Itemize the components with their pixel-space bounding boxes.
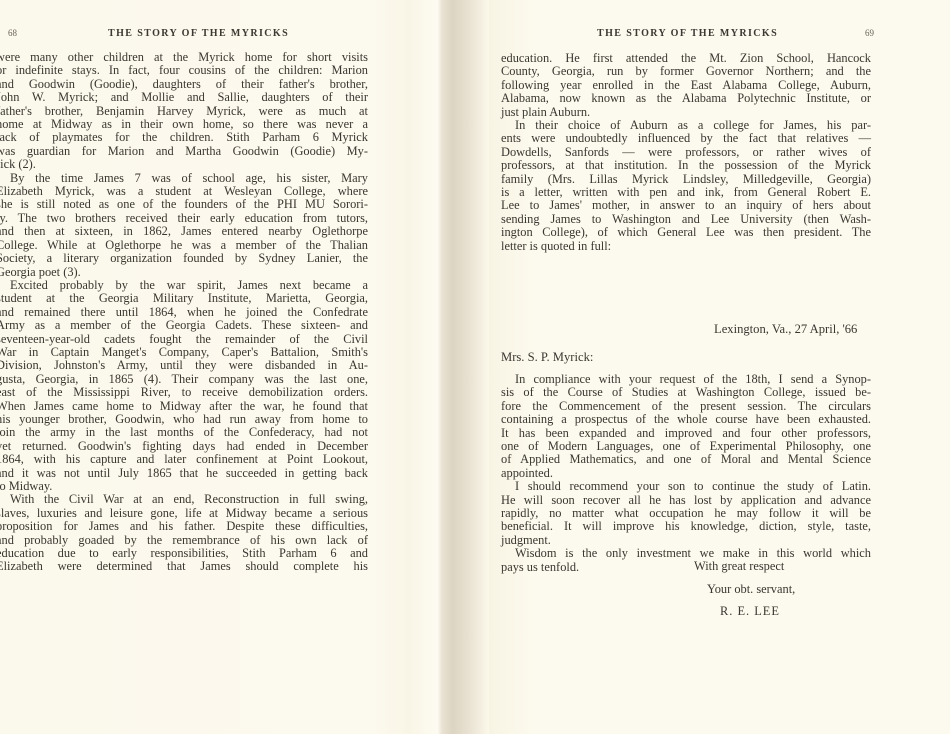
text-line: and then at sixteen, in 1862, James ente… <box>0 225 368 238</box>
text-line: and remained there until 1864, when he j… <box>0 306 368 319</box>
text-line: Elizabeth were determined that James sho… <box>0 560 368 573</box>
text-line: education. He first attended the Mt. Zio… <box>501 52 871 65</box>
text-line: He will soon recover all he has lost by … <box>501 494 871 507</box>
text-line: Division, Johnston's Army, until they we… <box>0 359 368 372</box>
text-line: one of Modern Languages, one of Experime… <box>501 440 871 453</box>
running-head: THE STORY OF THE MYRICKS <box>597 28 778 39</box>
letter-closing: With great respect <box>694 559 784 574</box>
left-page: 68 THE STORY OF THE MYRICKS were many ot… <box>0 0 440 734</box>
left-page-body: were many other children at the Myrick h… <box>0 51 368 574</box>
text-line: When James came home to Midway after the… <box>0 400 368 413</box>
text-line: family (Mrs. Lillas Myrick Lindsley, Mil… <box>501 173 871 186</box>
text-line: sending James to Washington and Lee Univ… <box>501 213 871 226</box>
text-line: appointed. <box>501 467 871 480</box>
text-line: rick (2). <box>0 158 368 171</box>
paragraph-start: Excited probably by the war spirit, Jame… <box>0 279 368 292</box>
page-number: 69 <box>865 28 874 38</box>
text-line: she is still noted as one of the founder… <box>0 198 368 211</box>
text-line: and it was not until July 1865 that he s… <box>0 467 368 480</box>
text-line: just plain Auburn. <box>501 106 871 119</box>
paragraph-start: In their choice of Auburn as a college f… <box>501 119 871 132</box>
paragraph-start: I should recommend your son to continue … <box>501 480 871 493</box>
text-line: lack of playmates for the children. Stit… <box>0 131 368 144</box>
text-line: gusta, Georgia, in 1865 (4). Their compa… <box>0 373 368 386</box>
text-line: Georgia poet (3). <box>0 266 368 279</box>
text-line: following year enrolled in the East Alab… <box>501 79 871 92</box>
text-line: Society, a literary organization founded… <box>0 252 368 265</box>
text-line: east of the Mississippi River, to receiv… <box>0 386 368 399</box>
text-line: War in Captain Manget's Company, Caper's… <box>0 346 368 359</box>
text-line: ents were undoubtedly influenced by the … <box>501 132 871 145</box>
paragraph-start: With the Civil War at an end, Reconstruc… <box>0 493 368 506</box>
text-line: seventeen-year-old cadets fought the rem… <box>0 333 368 346</box>
text-line: ington College), of which General Lee wa… <box>501 226 871 239</box>
text-line: Alabama, now known as the Alabama Polyte… <box>501 92 871 105</box>
letter-body: In compliance with your request of the 1… <box>501 373 871 574</box>
text-line: yet returned. Goodwin's fighting days ha… <box>0 440 368 453</box>
text-line: beneficial. It will improve his knowledg… <box>501 520 871 533</box>
letter-salutation: Mrs. S. P. Myrick: <box>501 350 593 365</box>
text-line: father's brother, Benjamin Harvey Myrick… <box>0 105 368 118</box>
text-line: 1864, with his capture and later confine… <box>0 453 368 466</box>
text-line: County, Georgia, run by former Governor … <box>501 65 871 78</box>
text-line: sis of the Course of Studies at Washingt… <box>501 386 871 399</box>
text-line: or indefinite stays. In fact, four cousi… <box>0 64 368 77</box>
text-line: Lee to James' mother, in answer to an in… <box>501 199 871 212</box>
text-line: was guardian for Marion and Martha Goodw… <box>0 145 368 158</box>
text-line: student at the Georgia Military Institut… <box>0 292 368 305</box>
text-line: his younger brother, Goodwin, who had ru… <box>0 413 368 426</box>
text-line: judgment. <box>501 534 871 547</box>
text-line: Army as a member of the Georgia Cadets. … <box>0 319 368 332</box>
text-line: College. While at Oglethorpe he was a me… <box>0 239 368 252</box>
right-page: THE STORY OF THE MYRICKS 69 education. H… <box>489 0 950 734</box>
text-line: slaves, luxuries and leisure gone, life … <box>0 507 368 520</box>
letter-dateline: Lexington, Va., 27 April, '66 <box>714 322 857 337</box>
text-line: join the army in the last months of the … <box>0 426 368 439</box>
text-line: rapidly, no matter what occupation he ma… <box>501 507 871 520</box>
text-line: and Goodwin (Goodie), daughters of their… <box>0 78 368 91</box>
text-line: John W. Myrick; and Mollie and Sallie, d… <box>0 91 368 104</box>
page-number: 68 <box>8 28 17 38</box>
text-line: fore the Commencement of the present ses… <box>501 400 871 413</box>
text-line: containing a prospectus of the whole cou… <box>501 413 871 426</box>
book-spread: 68 THE STORY OF THE MYRICKS were many ot… <box>0 0 950 734</box>
text-line: professors, at that institution. In the … <box>501 159 871 172</box>
text-line: Elizabeth Myrick, was a student at Wesle… <box>0 185 368 198</box>
text-line: Dowdells, Sanfords — were professors, or… <box>501 146 871 159</box>
running-head: THE STORY OF THE MYRICKS <box>108 28 289 39</box>
paragraph-start: By the time James 7 was of school age, h… <box>0 172 368 185</box>
text-line: pays us tenfold. <box>501 561 871 574</box>
text-line: were many other children at the Myrick h… <box>0 51 368 64</box>
letter-closing-servant: Your obt. servant, <box>707 582 795 597</box>
paragraph-start: Wisdom is the only investment we make in… <box>501 547 871 560</box>
text-line: of Applied Mathematics, and one of Moral… <box>501 453 871 466</box>
paragraph-start: In compliance with your request of the 1… <box>501 373 871 386</box>
text-line: letter is quoted in full: <box>501 240 871 253</box>
text-line: It has been expanded and improved and fo… <box>501 427 871 440</box>
text-line: to Midway. <box>0 480 368 493</box>
text-line: ty. The two brothers received their earl… <box>0 212 368 225</box>
text-line: is a letter, written with pen and ink, f… <box>501 186 871 199</box>
text-line: home at Midway as in their own home, so … <box>0 118 368 131</box>
text-line: and probably goaded by the remembrance o… <box>0 534 368 547</box>
text-line: proposition for James and his father. De… <box>0 520 368 533</box>
right-page-body: education. He first attended the Mt. Zio… <box>501 52 871 253</box>
letter-signature: R. E. LEE <box>720 604 780 619</box>
text-line: education due to early responsibilities,… <box>0 547 368 560</box>
book-gutter <box>437 0 489 734</box>
